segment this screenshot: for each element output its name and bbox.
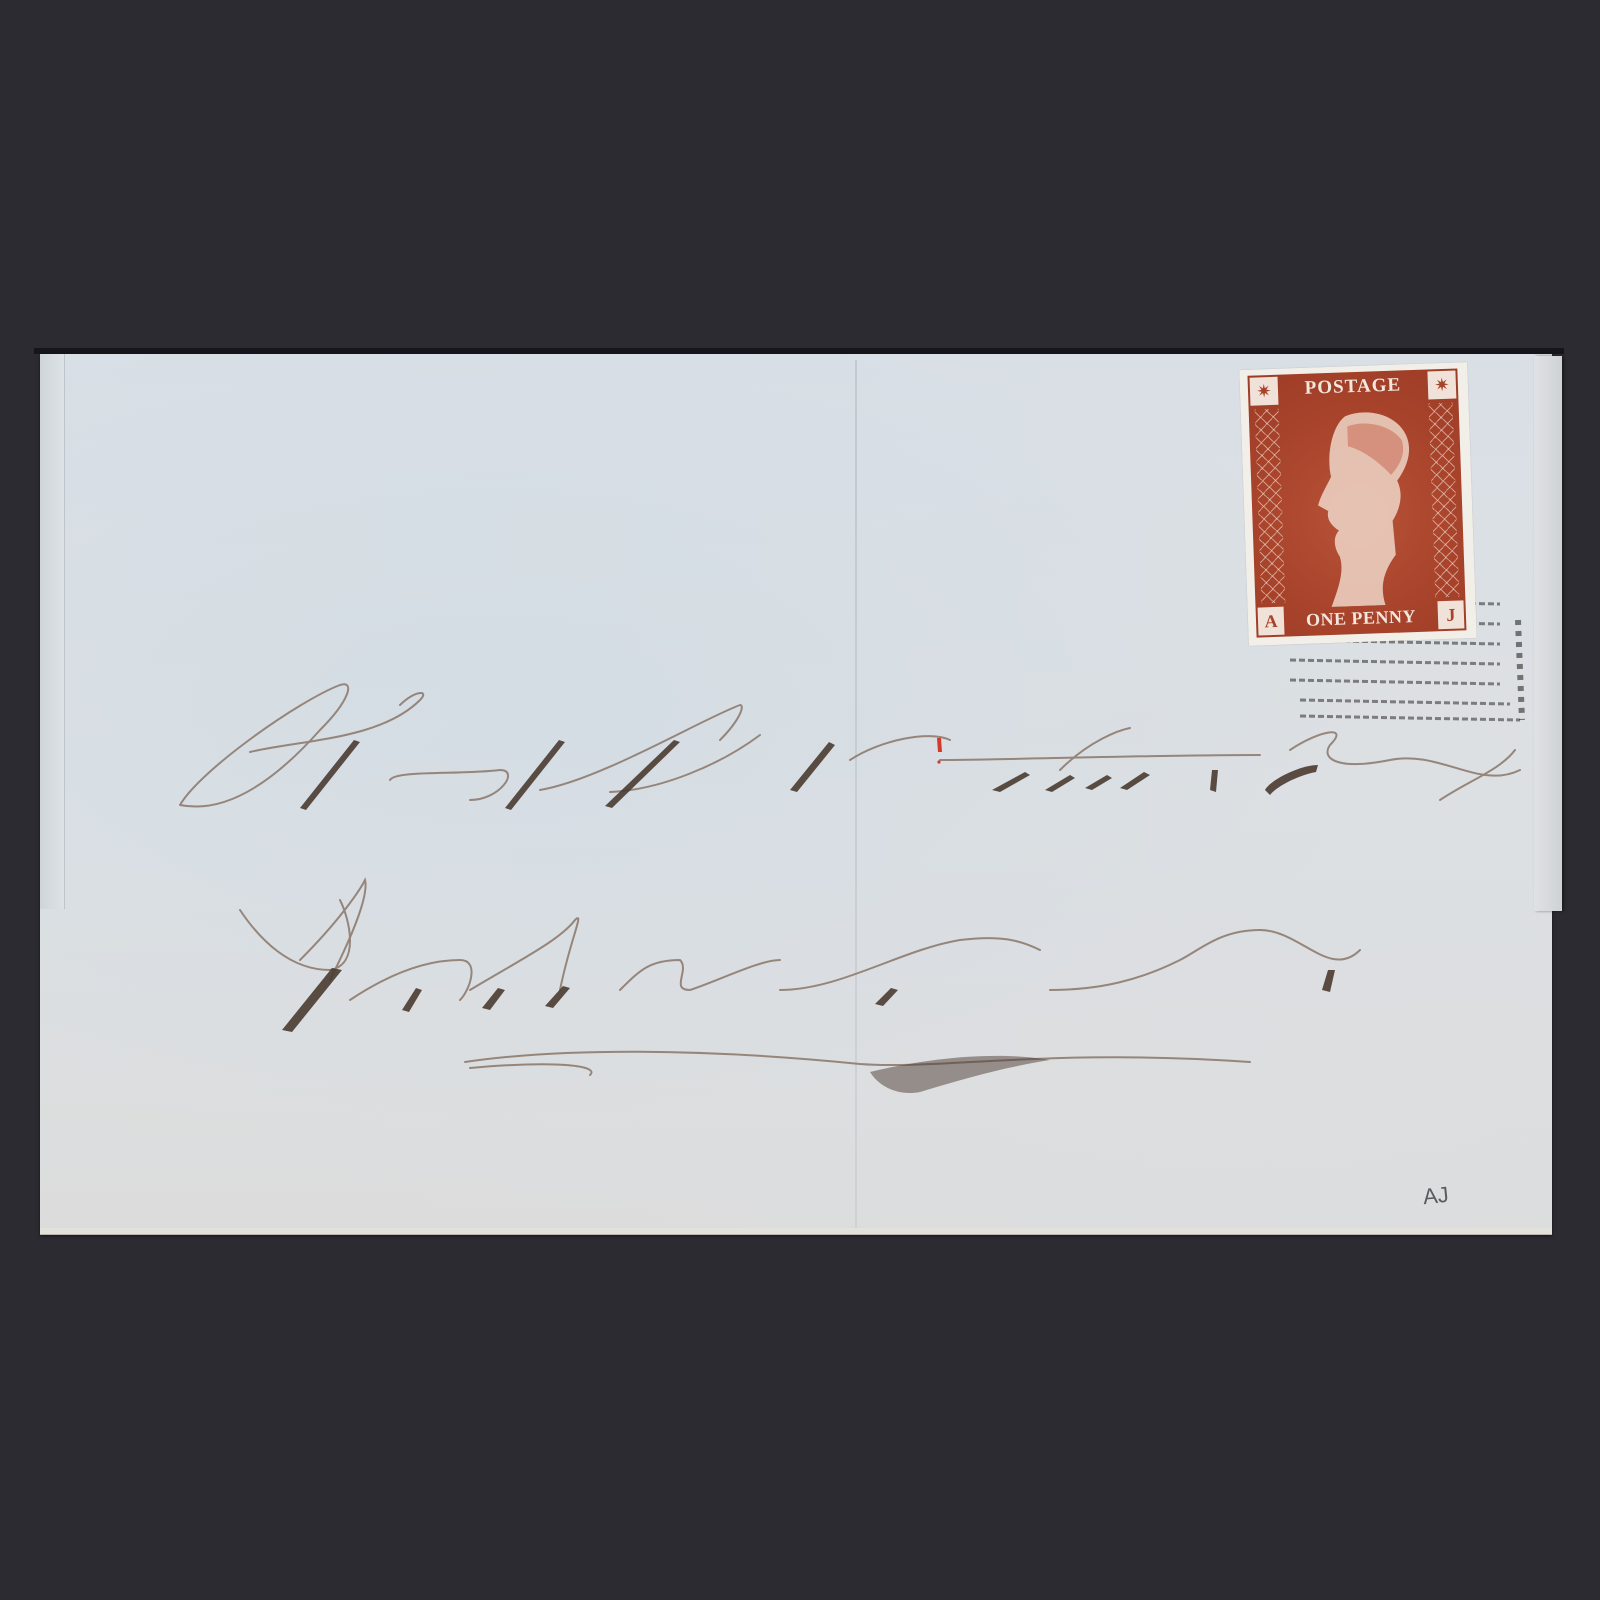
pencil-plate-letters-note: AJ [1422, 1182, 1450, 1211]
manuscript-address [0, 0, 1600, 1600]
